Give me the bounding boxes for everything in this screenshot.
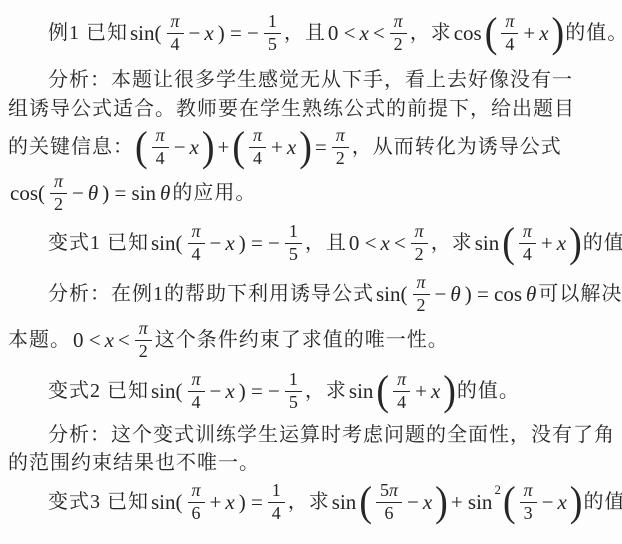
math-roman: < [392, 231, 408, 255]
pi-symbol: π [397, 369, 406, 389]
fraction: π6 [188, 481, 205, 524]
math-variable: x [188, 135, 201, 159]
fraction: 15 [264, 12, 281, 55]
fraction-denominator: 4 [501, 34, 518, 55]
variant1-line: 变式1 已知sin(π4−x) = −15，且0 <x<π2，求sin(π4+x… [8, 220, 616, 266]
math-roman: − [70, 181, 86, 205]
math-roman: = [313, 135, 329, 159]
digit: 4 [397, 392, 406, 412]
digit: 4 [253, 148, 262, 168]
big-open-paren: ( [134, 125, 149, 170]
fraction-denominator: 4 [167, 34, 184, 55]
digit: 6 [192, 503, 201, 523]
fraction-numerator: π [188, 481, 205, 503]
big-open-paren: ( [501, 221, 516, 266]
cjk-text: 本题。 [8, 328, 71, 353]
math-roman: sin( [149, 379, 185, 403]
variant3-line: 变式3 已知sin(π6+x) =14，求sin(5π6−x)+ sin2(π3… [8, 479, 616, 525]
variant2-line: 变式2 已知sin(π4−x) = −15，求sin(π4+x)的值。 [8, 368, 616, 414]
big-open-paren: ( [358, 480, 373, 525]
digit: 4 [192, 392, 201, 412]
fraction: 15 [285, 370, 302, 413]
math-roman: − [172, 135, 188, 159]
math-variable: θ [448, 282, 462, 306]
fraction: 15 [285, 222, 302, 265]
fraction: π4 [188, 370, 205, 413]
math-variable: θ [86, 181, 100, 205]
fraction-denominator: 2 [50, 194, 67, 215]
math-roman: sin [473, 231, 502, 255]
pi-symbol: π [54, 171, 63, 191]
math-roman: − [405, 490, 421, 514]
math-roman: 0 < [347, 231, 379, 255]
math-roman: 0 < [71, 328, 103, 352]
fraction-numerator: 1 [268, 481, 285, 503]
digit: 1 [272, 480, 281, 500]
math-roman: ) = sin [100, 181, 158, 205]
cjk-text: 的值。 [583, 231, 622, 256]
big-open-paren: ( [502, 480, 517, 525]
pi-symbol: π [394, 11, 403, 31]
big-close-paren: ) [201, 125, 216, 170]
cjk-text: 的值。 [565, 21, 622, 46]
digit: 1 [289, 369, 298, 389]
big-close-paren: ) [568, 221, 583, 266]
fraction-numerator: π [501, 12, 518, 34]
math-document-page: 例1 已知sin(π4−x) = −15，且0 <x<π2，求cos(π4+x)… [0, 0, 622, 544]
analysis1-line4: cos(π2−θ) = sinθ的应用。 [8, 170, 616, 216]
fraction: π4 [519, 222, 536, 265]
analysis2-line1: 分析：在例1的帮助下利用诱导公式sin(π2−θ) = cosθ可以解决 [8, 271, 616, 317]
fraction: π2 [411, 222, 428, 265]
cjk-text: 分析：在例1的帮助下利用诱导公式 [48, 282, 374, 307]
cjk-text: 的值。 [583, 490, 622, 515]
math-roman: sin( [128, 21, 164, 45]
fraction: π4 [501, 12, 518, 55]
math-roman: sin( [374, 282, 410, 306]
math-variable: x [421, 490, 434, 514]
math-superscript: 2 [494, 482, 502, 498]
fraction: π4 [152, 126, 169, 169]
document-rows: 例1 已知sin(π4−x) = −15，且0 <x<π2，求cos(π4+x)… [8, 10, 616, 525]
pi-symbol: π [139, 318, 148, 338]
cjk-text: 这个条件约束了求值的唯一性。 [155, 328, 449, 353]
fraction-denominator: 4 [249, 148, 266, 169]
math-variable: x [537, 21, 550, 45]
fraction: π4 [188, 222, 205, 265]
math-variable: x [103, 328, 116, 352]
pi-symbol: π [156, 125, 165, 145]
big-close-paren: ) [442, 369, 457, 414]
math-roman: ) = − [237, 231, 282, 255]
math-variable: x [223, 231, 236, 255]
math-roman: cos( [8, 181, 47, 205]
fraction-denominator: 4 [188, 244, 205, 265]
fraction-numerator: 1 [285, 222, 302, 244]
fraction-numerator: 1 [285, 370, 302, 392]
digit: 2 [336, 148, 345, 168]
math-roman: sin [347, 379, 376, 403]
math-variable: x [223, 490, 236, 514]
cjk-text: ，且 [284, 21, 326, 46]
digit: 4 [171, 34, 180, 54]
fraction-denominator: 2 [135, 341, 152, 362]
fraction-numerator: π [519, 222, 536, 244]
fraction-numerator: π [413, 273, 430, 295]
digit: 4 [523, 244, 532, 264]
math-variable: x [555, 490, 568, 514]
fraction-numerator: π [50, 172, 67, 194]
fraction: π2 [332, 126, 349, 169]
big-close-paren: ) [551, 11, 566, 56]
big-close-paren: ) [434, 480, 449, 525]
digit: 4 [505, 34, 514, 54]
fraction: π2 [390, 12, 407, 55]
fraction-denominator: 2 [332, 148, 349, 169]
math-roman: sin( [149, 490, 185, 514]
digit: 1 [289, 221, 298, 241]
cjk-text: 的值。 [457, 379, 520, 404]
digit: 5 [289, 244, 298, 264]
cjk-text: 分析：这个变式训练学生运算时考虑问题的全面性，没有了角 [48, 423, 615, 448]
fraction: π3 [520, 481, 537, 524]
pi-symbol: π [192, 369, 201, 389]
fraction-numerator: π [167, 12, 184, 34]
cjk-text: ，且 [305, 231, 347, 256]
fraction-denominator: 5 [285, 244, 302, 265]
digit: 4 [192, 244, 201, 264]
cjk-text: 的范围约束结果也不唯一。 [8, 451, 260, 476]
digit: 1 [268, 11, 277, 31]
big-close-paren: ) [298, 125, 313, 170]
math-variable: x [202, 21, 215, 45]
math-roman: sin [330, 490, 359, 514]
fraction-denominator: 2 [390, 34, 407, 55]
math-roman: + [521, 21, 537, 45]
math-variable: x [429, 379, 442, 403]
fraction-denominator: 4 [268, 503, 285, 524]
fraction-numerator: π [188, 370, 205, 392]
math-roman: − [187, 21, 203, 45]
math-variable: θ [158, 181, 172, 205]
math-variable: θ [524, 282, 538, 306]
analysis1-line3: 的关键信息：(π4−x)+(π4+x)=π2，从而转化为诱导公式 [8, 124, 616, 170]
math-roman: 0 < [326, 21, 358, 45]
fraction-denominator: 3 [520, 503, 537, 524]
fraction: π2 [50, 172, 67, 215]
cjk-text: 可以解决 [538, 282, 622, 307]
math-roman: − [433, 282, 449, 306]
fraction-denominator: 4 [188, 392, 205, 413]
math-roman: + [269, 135, 285, 159]
pi-symbol: π [415, 221, 424, 241]
math-roman: ) = [237, 490, 265, 514]
cjk-text: 变式3 已知 [48, 490, 149, 515]
cjk-text: 的关键信息： [8, 135, 134, 160]
analysis1-line2: 组诱导公式适合。教师要在学生熟练公式的前提下，给出题目 [8, 97, 616, 122]
cjk-text: 的应用。 [172, 181, 256, 206]
math-roman: ) = − [237, 379, 282, 403]
example1-line: 例1 已知sin(π4−x) = −15，且0 <x<π2，求cos(π4+x)… [8, 10, 616, 56]
math-roman: + [216, 135, 232, 159]
fraction: 5π6 [376, 481, 402, 524]
fraction: π4 [249, 126, 266, 169]
big-open-paren: ( [484, 11, 499, 56]
cjk-text: 变式1 已知 [48, 231, 149, 256]
math-roman: < [116, 328, 132, 352]
fraction-denominator: 4 [152, 148, 169, 169]
fraction-denominator: 6 [188, 503, 205, 524]
fraction-numerator: π [393, 370, 410, 392]
math-roman: ) = cos [463, 282, 524, 306]
cjk-text: 例1 已知 [48, 21, 128, 46]
fraction: π2 [413, 273, 430, 316]
big-open-paren: ( [375, 369, 390, 414]
math-roman: + [208, 490, 224, 514]
fraction-numerator: π [390, 12, 407, 34]
digit: 5 [380, 480, 389, 500]
digit: 2 [394, 34, 403, 54]
cjk-text: 组诱导公式适合。教师要在学生熟练公式的前提下，给出题目 [8, 97, 575, 122]
analysis3-line1: 分析：这个变式训练学生运算时考虑问题的全面性，没有了角 [8, 423, 616, 448]
fraction-numerator: 1 [264, 12, 281, 34]
cjk-text: ，求 [288, 490, 330, 515]
pi-symbol: π [192, 221, 201, 241]
digit: 2 [54, 194, 63, 214]
cjk-text: ，求 [410, 21, 452, 46]
math-roman: + [539, 231, 555, 255]
math-variable: x [357, 21, 370, 45]
big-close-paren: ) [569, 480, 584, 525]
math-roman: < [371, 21, 387, 45]
cjk-text: 分析：本题让很多学生感觉无从下手，看上去好像没有一 [48, 68, 573, 93]
digit: 4 [272, 503, 281, 523]
fraction-numerator: π [411, 222, 428, 244]
digit: 5 [268, 34, 277, 54]
fraction: 14 [268, 481, 285, 524]
analysis2-line2: 本题。0 <x<π2这个条件约束了求值的唯一性。 [8, 317, 616, 363]
math-variable: x [223, 379, 236, 403]
digit: 2 [417, 295, 426, 315]
pi-symbol: π [523, 221, 532, 241]
cjk-text: ，求 [305, 379, 347, 404]
pi-symbol: π [505, 11, 514, 31]
fraction: π4 [167, 12, 184, 55]
analysis3-line2: 的范围约束结果也不唯一。 [8, 451, 616, 476]
fraction-denominator: 4 [393, 392, 410, 413]
pi-symbol: π [417, 272, 426, 292]
math-roman: − [540, 490, 556, 514]
math-roman: sin( [149, 231, 185, 255]
fraction-denominator: 2 [413, 295, 430, 316]
fraction-numerator: π [135, 319, 152, 341]
fraction-denominator: 2 [411, 244, 428, 265]
fraction-numerator: π [188, 222, 205, 244]
pi-symbol: π [389, 480, 398, 500]
math-variable: x [555, 231, 568, 255]
fraction-denominator: 5 [264, 34, 281, 55]
fraction: π2 [135, 319, 152, 362]
pi-symbol: π [192, 480, 201, 500]
fraction-numerator: π [332, 126, 349, 148]
math-roman: + sin [449, 490, 495, 514]
analysis1-line1: 分析：本题让很多学生感觉无从下手，看上去好像没有一 [8, 68, 616, 93]
math-roman: + [413, 379, 429, 403]
big-open-paren: ( [231, 125, 246, 170]
math-variable: x [378, 231, 391, 255]
math-roman: cos [452, 21, 484, 45]
digit: 2 [139, 341, 148, 361]
digit: 4 [156, 148, 165, 168]
digit: 6 [384, 503, 393, 523]
digit: 2 [415, 244, 424, 264]
fraction-denominator: 5 [285, 392, 302, 413]
fraction-denominator: 6 [380, 503, 397, 524]
math-variable: x [285, 135, 298, 159]
fraction-denominator: 4 [519, 244, 536, 265]
fraction: π4 [393, 370, 410, 413]
math-roman: ) = − [216, 21, 261, 45]
pi-symbol: π [336, 125, 345, 145]
pi-symbol: π [171, 11, 180, 31]
fraction-numerator: π [249, 126, 266, 148]
digit: 3 [524, 503, 533, 523]
cjk-text: ，从而转化为诱导公式 [352, 135, 562, 160]
fraction-numerator: π [520, 481, 537, 503]
cjk-text: 变式2 已知 [48, 379, 149, 404]
pi-symbol: π [253, 125, 262, 145]
pi-symbol: π [524, 480, 533, 500]
fraction-numerator: 5π [376, 481, 402, 503]
math-roman: − [208, 379, 224, 403]
digit: 5 [289, 392, 298, 412]
fraction-numerator: π [152, 126, 169, 148]
cjk-text: ，求 [431, 231, 473, 256]
math-roman: − [208, 231, 224, 255]
